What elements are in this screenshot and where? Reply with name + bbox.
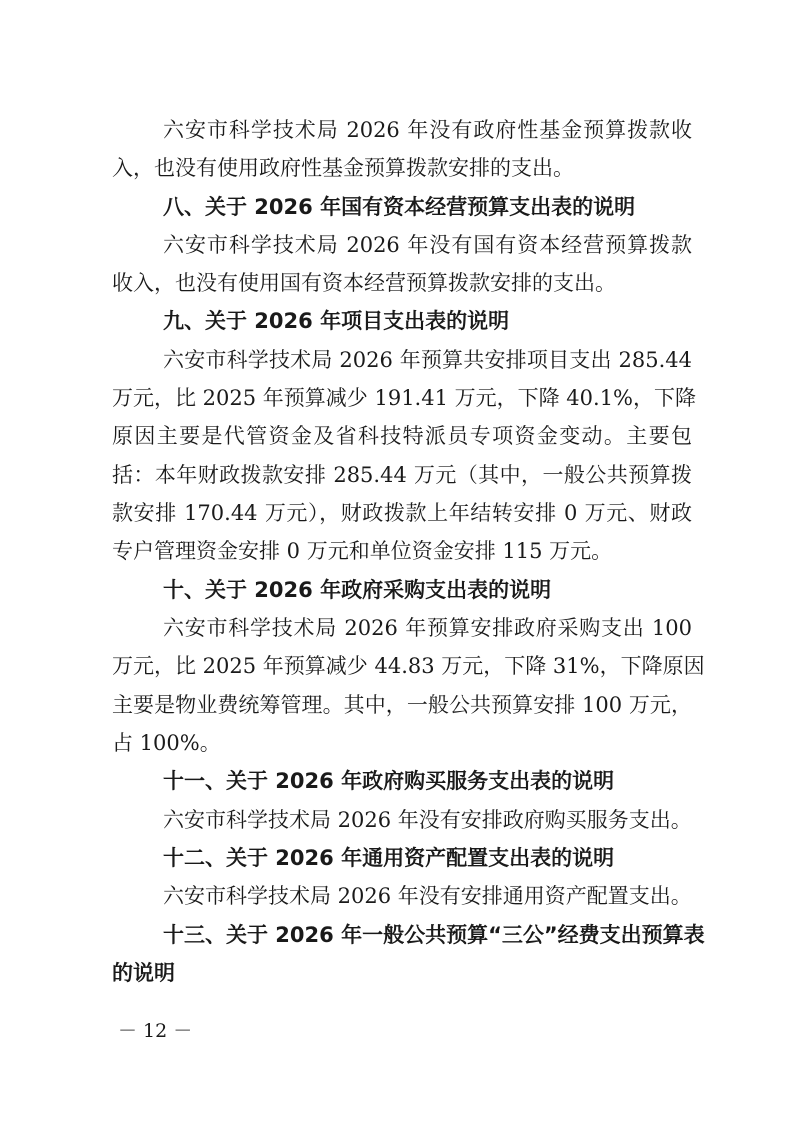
section-heading: 八、关于 2026 年国有资本经营预算支出表的说明 <box>163 193 692 221</box>
paragraph-line: 万元，比 2025 年预算减少 44.83 万元，下降 31%，下降原因 <box>112 652 692 680</box>
section-heading: 十二、关于 2026 年通用资产配置支出表的说明 <box>163 844 692 872</box>
paragraph-line: 收入，也没有使用国有资本经营预算拨款安排的支出。 <box>112 269 692 297</box>
paragraph-line: 原因主要是代管资金及省科技特派员专项资金变动。主要包 <box>112 422 692 450</box>
section-heading: 九、关于 2026 年项目支出表的说明 <box>163 307 692 335</box>
paragraph-line: 六安市科学技术局 2026 年没有安排通用资产配置支出。 <box>163 882 692 910</box>
paragraph-line: 六安市科学技术局 2026 年预算共安排项目支出 285.44 <box>163 346 692 374</box>
paragraph-line: 款安排 170.44 万元），财政拨款上年结转安排 0 万元、财政 <box>112 499 692 527</box>
document-page: 六安市科学技术局 2026 年没有政府性基金预算拨款收 入，也没有使用政府性基金… <box>0 0 793 1122</box>
paragraph-line: 括：本年财政拨款安排 285.44 万元（其中，一般公共预算拨 <box>112 461 692 489</box>
paragraph-line: 主要是物业费统筹管理。其中，一般公共预算安排 100 万元， <box>112 691 692 719</box>
paragraph-line: 六安市科学技术局 2026 年没有安排政府购买服务支出。 <box>163 806 692 834</box>
paragraph-line: 六安市科学技术局 2026 年没有国有资本经营预算拨款 <box>163 231 692 259</box>
section-heading: 十三、关于 2026 年一般公共预算“三公”经费支出预算表 <box>163 921 692 949</box>
section-heading: 的说明 <box>112 959 692 987</box>
section-heading: 十一、关于 2026 年政府购买服务支出表的说明 <box>163 767 692 795</box>
paragraph-line: 专户管理资金安排 0 万元和单位资金安排 115 万元。 <box>112 537 692 565</box>
section-heading: 十、关于 2026 年政府采购支出表的说明 <box>163 576 692 604</box>
page-number: － 12 － <box>118 1016 192 1043</box>
paragraph-line: 入，也没有使用政府性基金预算拨款安排的支出。 <box>112 154 692 182</box>
paragraph-line: 六安市科学技术局 2026 年没有政府性基金预算拨款收 <box>163 116 692 144</box>
paragraph-line: 占 100%。 <box>112 729 692 757</box>
paragraph-line: 万元，比 2025 年预算减少 191.41 万元，下降 40.1%，下降 <box>112 384 692 412</box>
paragraph-line: 六安市科学技术局 2026 年预算安排政府采购支出 100 <box>163 614 692 642</box>
